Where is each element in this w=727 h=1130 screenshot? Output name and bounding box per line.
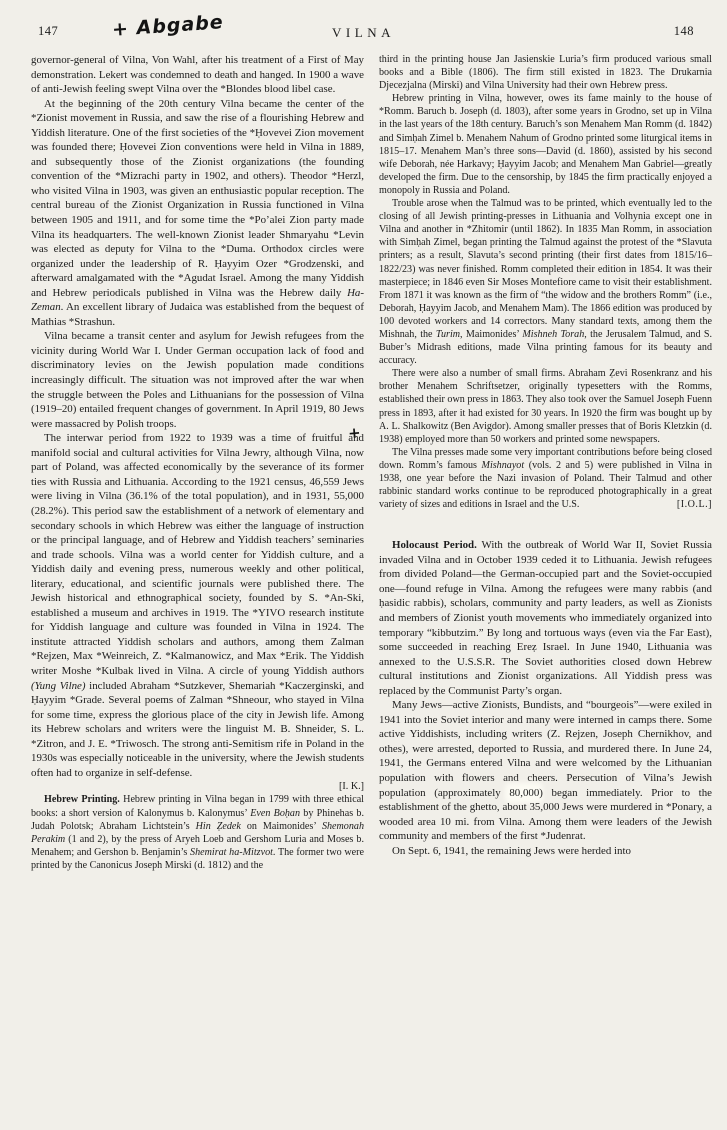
para-presses-contributions: The Vilna presses made some very importa… [379, 446, 712, 511]
text-columns: governor-general of Vilna, Von Wahl, aft… [31, 53, 712, 872]
para-luria-firm: third in the printing house Jan Jasiensk… [379, 53, 712, 92]
text-run: Mishnayot [482, 460, 525, 471]
page-number-right: 148 [674, 24, 694, 39]
text-run: (Yung Vilne) [31, 680, 86, 692]
text-run: included Abraham *Sutzkever, Shemariah *… [31, 680, 364, 779]
document-page: 147 + Abgabe VILNA 148 + governor-genera… [0, 0, 727, 1130]
para-hebrew-printing-intro: Hebrew Printing. Hebrew printing in Viln… [31, 793, 364, 872]
text-run: Holocaust Period. [392, 539, 482, 551]
para-world-war-one: Vilna became a transit center and asylum… [31, 329, 364, 431]
left-column: governor-general of Vilna, Von Wahl, aft… [31, 53, 364, 872]
para-exiles-and-occupation: Many Jews—active Zionists, Bundists, and… [379, 698, 712, 843]
para-zionist-movement: At the beginning of the 20th century Vil… [31, 97, 364, 330]
text-run: [I. K.] [339, 781, 364, 792]
para-interwar-period: The interwar period from 1922 to 1939 wa… [31, 431, 364, 780]
page-header: 147 + Abgabe VILNA 148 [0, 24, 727, 44]
running-title: VILNA [0, 25, 727, 41]
text-run: . An excellent library of Judaica was es… [31, 301, 364, 328]
text-run: on Maimonides’ [241, 821, 322, 832]
para-small-firms: There were also a number of small firms.… [379, 367, 712, 446]
text-run: Hin Ẓedek [196, 821, 241, 832]
text-run: The interwar period from 1922 to 1939 wa… [31, 432, 364, 677]
para-romm-house: Hebrew printing in Vilna, however, owes … [379, 92, 712, 197]
para-talmud-printing: Trouble arose when the Talmud was to be … [379, 197, 712, 367]
text-run: With the outbreak of World War II, Sovie… [379, 539, 712, 696]
text-run: , Maimonides’ [460, 329, 522, 340]
text-run: Shemirat ha-Mitzvot [190, 847, 273, 858]
text-run: third in the printing house Jan Jasiensk… [379, 54, 712, 91]
text-run: governor-general of Vilna, Von Wahl, aft… [31, 54, 364, 95]
para-holocaust-period: Holocaust Period. With the outbreak of W… [379, 538, 712, 698]
text-run: Mishneh Torah [522, 329, 584, 340]
text-run: Vilna became a transit center and asylum… [31, 330, 364, 429]
author-signature: [I.O.L.] [664, 498, 712, 511]
text-run: Hebrew printing in Vilna, however, owes … [379, 93, 712, 196]
text-run: Turim [436, 329, 460, 340]
text-run: Hebrew Printing. [44, 794, 123, 805]
text-run: Trouble arose when the Talmud was to be … [379, 198, 712, 340]
para-signature-ik: [I. K.] [31, 780, 364, 793]
text-run: At the beginning of the 20th century Vil… [31, 98, 364, 299]
para-lekert: governor-general of Vilna, Von Wahl, aft… [31, 53, 364, 97]
text-run: There were also a number of small firms.… [379, 368, 712, 444]
para-sept-6: On Sept. 6, 1941, the remaining Jews wer… [379, 844, 712, 859]
text-run: Many Jews—active Zionists, Bundists, and… [379, 699, 712, 798]
right-column: third in the printing house Jan Jasiensk… [379, 53, 712, 858]
text-run: On Sept. 6, 1941, the remaining Jews wer… [392, 845, 631, 857]
text-run: Even Boḥan [250, 808, 300, 819]
text-run: 80,000 [509, 787, 539, 799]
